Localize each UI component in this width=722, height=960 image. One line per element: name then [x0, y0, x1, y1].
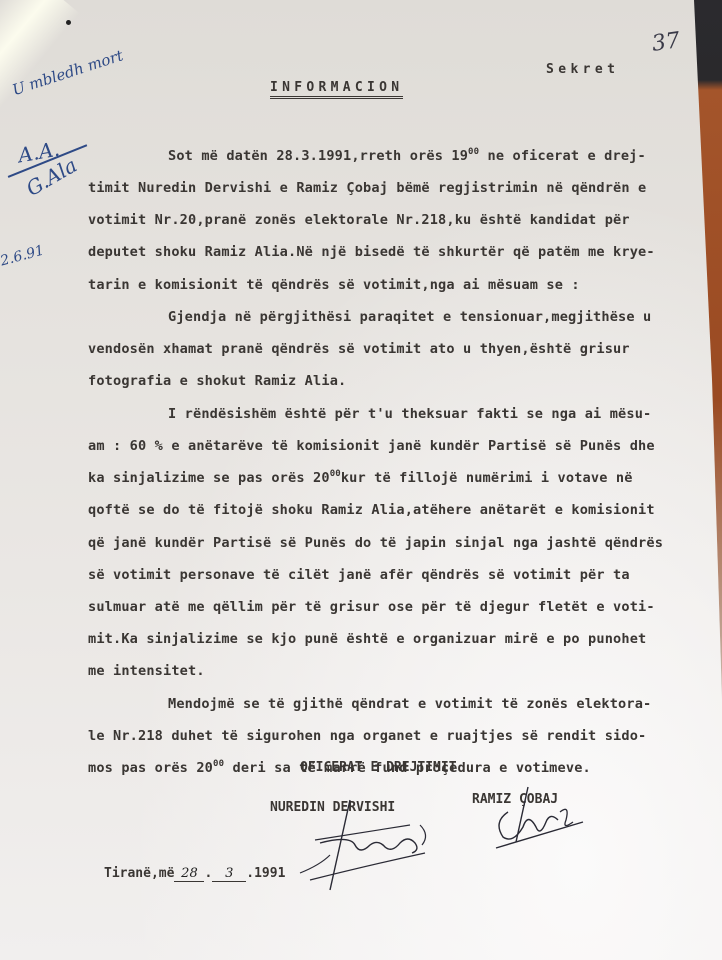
signature-heading: OFICERAT E DREJTIMIT	[300, 760, 457, 775]
body-line: Sot më datën 28.3.1991,rreth orës 1900 n…	[168, 148, 646, 164]
page-number-handwritten: 37	[650, 28, 681, 57]
body-line: me intensitet.	[88, 663, 205, 679]
classification-label: Sekret	[546, 62, 619, 77]
date-month: 3	[212, 866, 246, 882]
ink-dot	[66, 20, 71, 25]
signature-2	[488, 782, 588, 854]
body-line: timit Nuredin Dervishi e Ramiz Çobaj bëm…	[88, 180, 646, 196]
document-page: 37 Sekret INFORMACION U mbledh mort A.A.…	[0, 0, 722, 960]
body-line: ka sinjalizime se pas orës 2000kur të fi…	[88, 470, 633, 486]
body-line: am : 60 % e anëtarëve të komisionit janë…	[88, 438, 655, 454]
body-line: votimit Nr.20,pranë zonës elektorale Nr.…	[88, 212, 630, 228]
body-line: I rëndësishëm është për t'u theksuar fak…	[168, 406, 651, 422]
body-line: mit.Ka sinjalizime se kjo punë është e o…	[88, 631, 646, 647]
date-day: 28	[174, 866, 204, 882]
signature-1	[290, 795, 450, 895]
place-date: Tiranë,më28.3.1991	[104, 866, 285, 882]
body-line: që janë kundër Partisë së Punës do të ja…	[88, 535, 663, 551]
body-line: Mendojmë se të gjithë qëndrat e votimit …	[168, 696, 651, 712]
body-line: deputet shoku Ramiz Alia.Në një bisedë t…	[88, 244, 655, 260]
document-title: INFORMACION	[270, 80, 403, 99]
body-line: vendosën xhamat pranë qëndrës së votimit…	[88, 341, 630, 357]
margin-note-date: 2.6.91	[0, 243, 46, 270]
body-line: qoftë se do të fitojë shoku Ramiz Alia,a…	[88, 502, 655, 518]
body-line: Gjendja në përgjithësi paraqitet e tensi…	[168, 309, 651, 325]
body-line: sulmuar atë me qëllim për të grisur ose …	[88, 599, 655, 615]
body-line: së votimit personave të cilët janë afër …	[88, 567, 630, 583]
body-line: fotografia e shokut Ramiz Alia.	[88, 373, 346, 389]
margin-note-top: U mbledh mort	[10, 46, 125, 99]
body-line: le Nr.218 duhet të sigurohen nga organet…	[88, 728, 646, 744]
body-line: tarin e komisionit të qëndrës së votimit…	[88, 277, 580, 293]
